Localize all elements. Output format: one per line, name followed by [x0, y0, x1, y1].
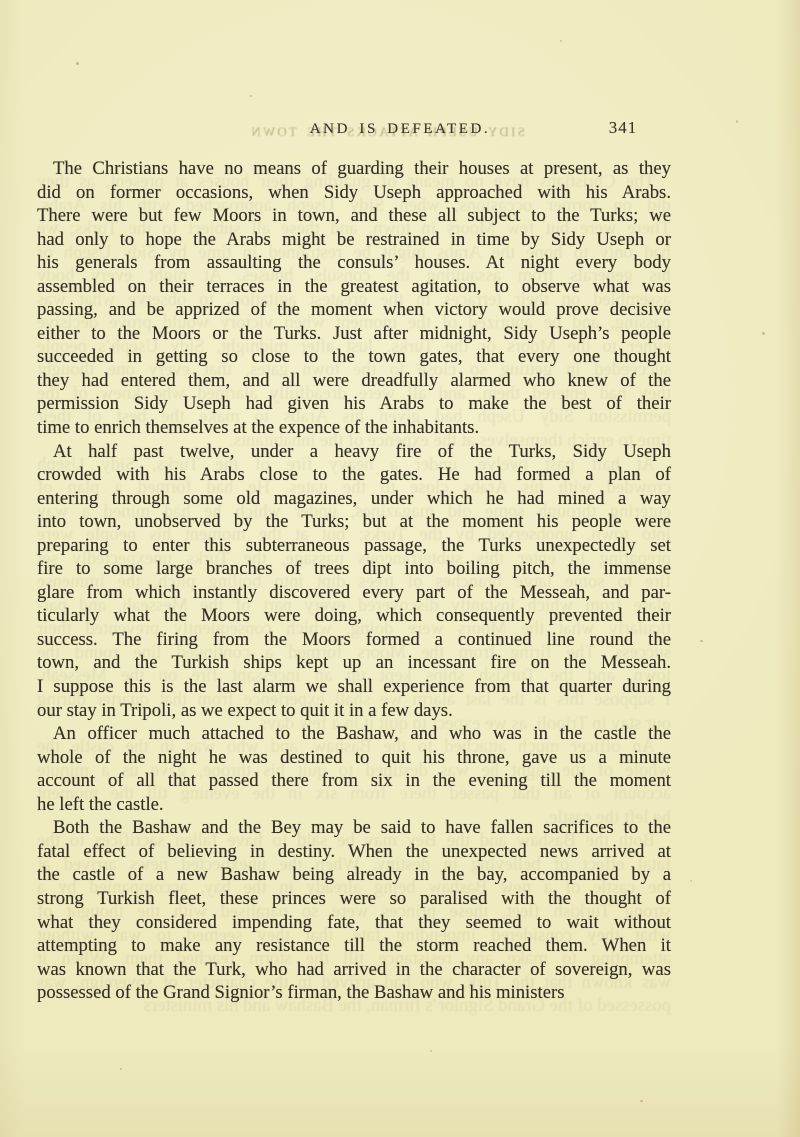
text-line: success. The firing from the Moors forme…	[37, 628, 671, 652]
page-text: The Christians have no means of guarding…	[37, 157, 671, 1005]
text-line: fatal effect of believing in destiny. Wh…	[37, 840, 671, 864]
text-line: town, and the Turkish ships kept up an i…	[37, 651, 671, 675]
text-line: account of all that passed there from si…	[37, 769, 671, 793]
text-line: strong Turkish fleet, these princes were…	[37, 887, 671, 911]
text-line: possessed of the Grand Signior’s firman,…	[37, 981, 671, 1005]
text-line: entering through some old magazines, und…	[37, 487, 671, 511]
text-line: did on former occasions, when Sidy Useph…	[37, 181, 671, 205]
text-line: I suppose this is the last alarm we shal…	[37, 675, 671, 699]
book-page: SIDY USEPH ATTACKS THE TOWN The Christia…	[0, 0, 800, 1137]
paper-speck	[640, 1100, 643, 1102]
text-line: attempting to make any resistance till t…	[37, 934, 671, 958]
paper-speck	[700, 640, 703, 642]
text-line: crowded with his Arabs close to the gate…	[37, 463, 671, 487]
text-line: At half past twelve, under a heavy fire …	[37, 440, 671, 464]
text-line: Both the Bashaw and the Bey may be said …	[37, 816, 671, 840]
text-line: whole of the night he was destined to qu…	[37, 746, 671, 770]
text-line: his generals from assaulting the consuls…	[37, 251, 671, 275]
text-line: was known that the Turk, who had arrived…	[37, 958, 671, 982]
text-line: either to the Moors or the Turks. Just a…	[37, 322, 671, 346]
text-line: glare from which instantly discovered ev…	[37, 581, 671, 605]
text-line: An officer much attached to the Bashaw, …	[37, 722, 671, 746]
paper-speck	[250, 95, 252, 97]
text-line: passing, and be apprized of the moment w…	[37, 298, 671, 322]
paper-speck	[560, 40, 562, 42]
text-line: they had entered them, and all were drea…	[37, 369, 671, 393]
text-line: the castle of a new Bashaw being already…	[37, 863, 671, 887]
text-line: There were but few Moors in town, and th…	[37, 204, 671, 228]
text-line: The Christians have no means of guarding…	[37, 157, 671, 181]
paper-speck	[120, 1068, 122, 1070]
paper-speck	[690, 880, 692, 882]
text-line: our stay in Tripoli, as we expect to qui…	[37, 699, 671, 723]
text-line: preparing to enter this subterraneous pa…	[37, 534, 671, 558]
text-line: into town, unobserved by the Turks; but …	[37, 510, 671, 534]
text-line: he left the castle.	[37, 793, 671, 817]
text-line: assembled on their terraces in the great…	[37, 275, 671, 299]
paper-speck	[430, 1050, 432, 1052]
running-title: AND IS DEFEATED.	[0, 121, 800, 138]
text-line: had only to hope the Arabs might be rest…	[37, 228, 671, 252]
text-line: fire to some large branches of trees dip…	[37, 557, 671, 581]
text-line: succeeded in getting so close to the tow…	[37, 345, 671, 369]
text-line: permission Sidy Useph had given his Arab…	[37, 392, 671, 416]
text-line: what they considered impending fate, tha…	[37, 911, 671, 935]
text-line: ticularly what the Moors were doing, whi…	[37, 604, 671, 628]
paper-speck	[762, 332, 765, 335]
page-number: 341	[603, 118, 643, 138]
paper-speck	[76, 62, 79, 65]
text-line: time to enrich themselves at the expence…	[37, 416, 671, 440]
